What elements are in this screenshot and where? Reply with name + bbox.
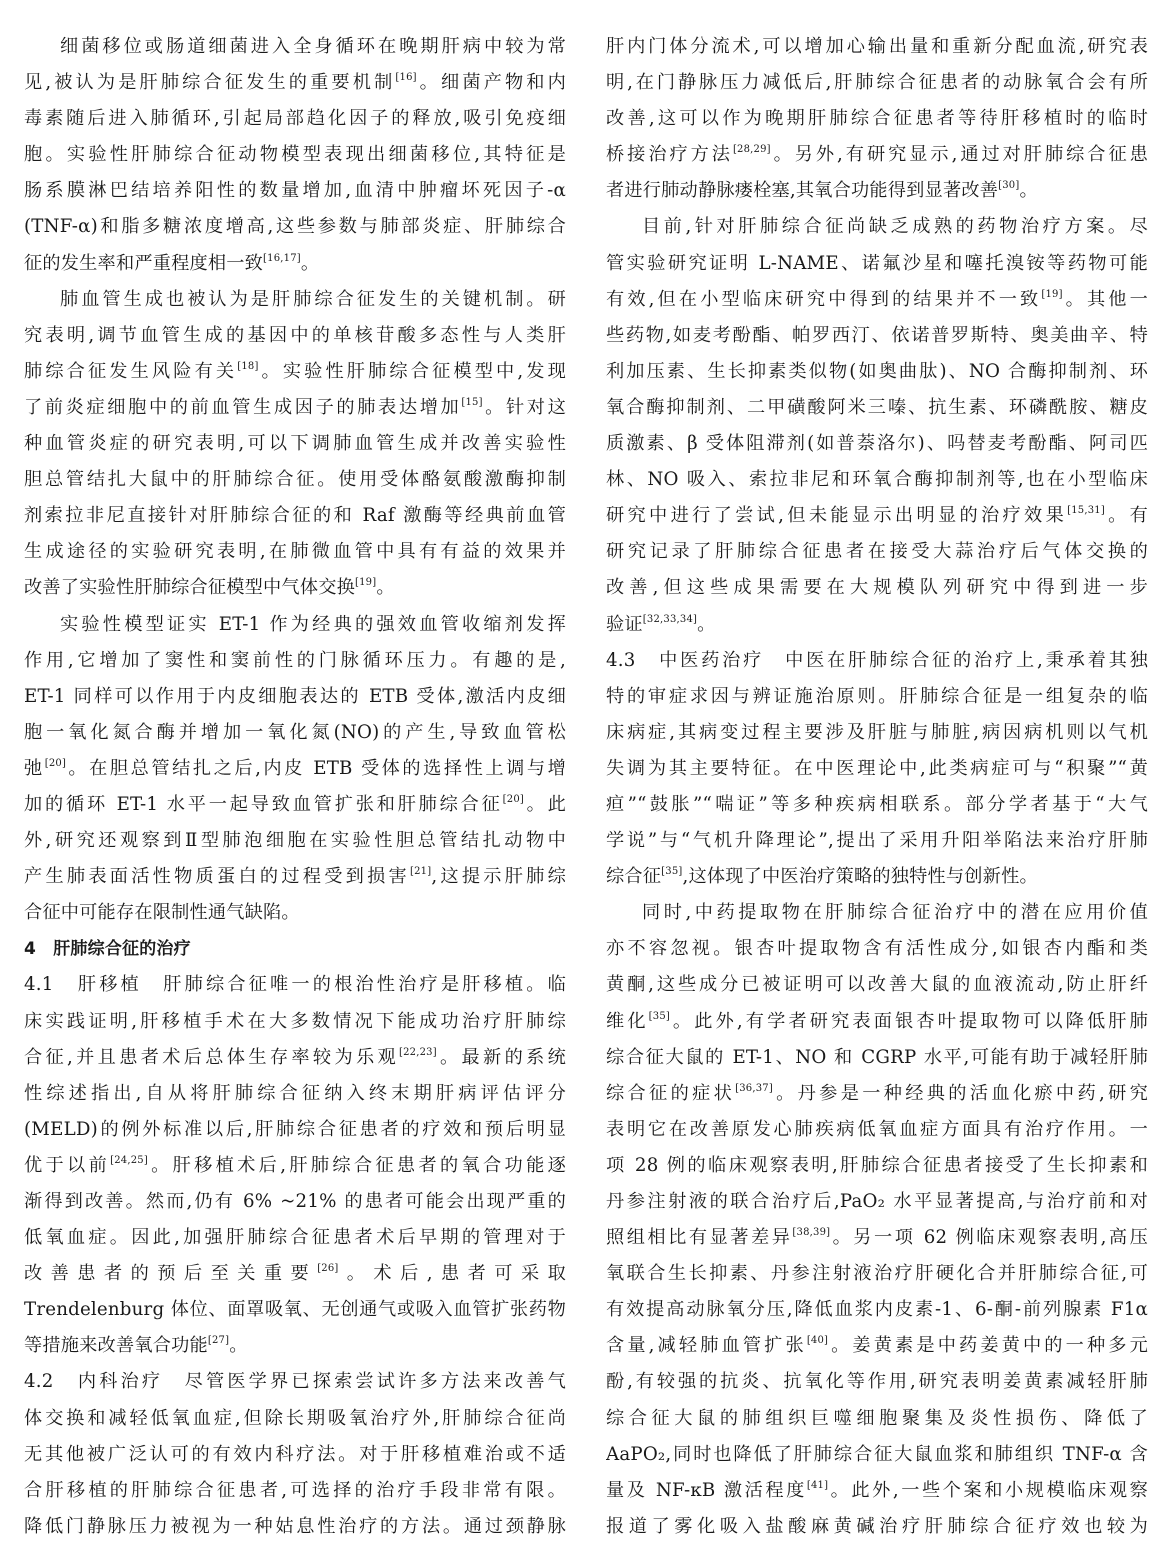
text-line: 剂索拉非尼直接针对肝肺综合征的和 Raf 激酶等经典前血管 xyxy=(24,498,566,534)
text-line: 床实践证明,肝移植手术在大多数情况下能成功治疗肝肺综 xyxy=(24,1004,566,1040)
text-line: 研究记录了肝肺综合征患者在接受大蒜治疗后气体交换的 xyxy=(606,534,1148,570)
text-line: 4.3 中医药治疗 中医在肝肺综合征的治疗上,秉承着其独 xyxy=(606,643,1148,679)
citation: [16,17] xyxy=(263,253,301,264)
text-line: 加的循环 ET-1 水平一起导致血管扩张和肝肺综合征[20]。此 xyxy=(24,787,566,823)
text-line: 明,在门静脉压力减低后,肝肺综合征患者的动脉氧合会有所 xyxy=(606,65,1148,101)
text-line: 优于以前[24,25]。肝移植术后,肝肺综合征患者的氧合功能逐 xyxy=(24,1148,566,1184)
text-line: 细菌移位或肠道细菌进入全身循环在晚期肝病中较为常 xyxy=(24,29,566,65)
text-line: 桥接治疗方法[28,29]。另外,有研究显示,通过对肝肺综合征患 xyxy=(606,137,1148,173)
text-line: 征的发生率和严重程度相一致[16,17]。 xyxy=(24,246,566,282)
text-line: (MELD)的例外标准以后,肝肺综合征患者的疗效和预后明显 xyxy=(24,1112,566,1148)
text-line: 体交换和减轻低氧血症,但除长期吸氧治疗外,肝肺综合征尚 xyxy=(24,1401,566,1437)
text-line: 氧联合生长抑素、丹参注射液治疗肝硬化合并肝肺综合征,可 xyxy=(606,1256,1148,1292)
text-line: 胆总管结扎大鼠中的肝肺综合征。使用受体酪氨酸激酶抑制 xyxy=(24,462,566,498)
text-line: 渐得到改善。然而,仍有 6% ~21% 的患者可能会出现严重的 xyxy=(24,1184,566,1220)
text-line: 床病症,其病变过程主要涉及肝脏与肺脏,病因病机则以气机 xyxy=(606,715,1148,751)
text-line: 有效提高动脉氧分压,降低血浆内皮素-1、6-酮-前列腺素 F1α xyxy=(606,1292,1148,1328)
text-line: 黄酮,这些成分已被证明可以改善大鼠的血液流动,防止肝纤 xyxy=(606,967,1148,1003)
citation: [36,37] xyxy=(735,1083,773,1094)
citation: [24,25] xyxy=(110,1155,148,1166)
citation: [30] xyxy=(998,180,1019,191)
text-line: 有效,但在小型临床研究中得到的结果并不一致[19]。其他一 xyxy=(606,282,1148,318)
citation: [18] xyxy=(237,361,258,372)
text-line: 实验性模型证实 ET-1 作为经典的强效血管收缩剂发挥 xyxy=(24,607,566,643)
text-line: 胞。实验性肝肺综合征动物模型表现出细菌移位,其特征是 xyxy=(24,137,566,173)
citation: [19] xyxy=(355,577,376,588)
citation: [35] xyxy=(649,1011,670,1022)
text-line: 报道了雾化吸入盐酸麻黄碱治疗肝肺综合征疗效也较为 xyxy=(606,1509,1148,1545)
text-line: 者进行肺动静脉瘘栓塞,其氧合功能得到显著改善[30]。 xyxy=(606,173,1148,209)
text-line: 生成途径的实验研究表明,在肺微血管中具有有益的效果并 xyxy=(24,534,566,570)
text-line: 合肝移植的肝肺综合征患者,可选择的治疗手段非常有限。 xyxy=(24,1473,566,1509)
text-line: 疸”“鼓胀”“喘证”等多种疾病相联系。部分学者基于“大气 xyxy=(606,787,1148,823)
citation: [15] xyxy=(461,397,482,408)
text-line: 综合征大鼠的 ET-1、NO 和 CGRP 水平,可能有助于减轻肝肺 xyxy=(606,1040,1148,1076)
text-line: 肠系膜淋巴结培养阳性的数量增加,血清中肿瘤坏死因子-α xyxy=(24,173,566,209)
text-line: 等措施来改善氧合功能[27]。 xyxy=(24,1328,566,1364)
citation: [20] xyxy=(45,758,66,769)
text-line: 特的审症求因与辨证施治原则。肝肺综合征是一组复杂的临 xyxy=(606,679,1148,715)
text-line: 目前,针对肝肺综合征尚缺乏成熟的药物治疗方案。尽 xyxy=(606,209,1148,245)
text-line: 产生肺表面活性物质蛋白的过程受到损害[21],这提示肝肺综 xyxy=(24,859,566,895)
text-line: 弛[20]。在胆总管结扎之后,内皮 ETB 受体的选择性上调与增 xyxy=(24,751,566,787)
citation: [28,29] xyxy=(733,144,771,155)
citation: [35] xyxy=(661,866,682,877)
text-line: Trendelenburg 体位、面罩吸氧、无创通气或吸入血管扩张药物 xyxy=(24,1292,566,1328)
text-line: 亦不容忽视。银杏叶提取物含有活性成分,如银杏内酯和类 xyxy=(606,931,1148,967)
citation: [38,39] xyxy=(792,1227,830,1238)
text-line: 林、NO 吸入、索拉非尼和环氧合酶抑制剂等,也在小型临床 xyxy=(606,462,1148,498)
text-line: 质激素、β 受体阻滞剂(如普萘洛尔)、吗替麦考酚酯、阿司匹 xyxy=(606,426,1148,462)
text-line: 酚,有较强的抗炎、抗氧化等作用,研究表明姜黄素减轻肝肺 xyxy=(606,1364,1148,1400)
text-line: 失调为其主要特征。在中医理论中,此类病症可与“积聚”“黄 xyxy=(606,751,1148,787)
text-line: 验证[32,33,34]。 xyxy=(606,607,1148,643)
section-heading: 4 肝肺综合征的治疗 xyxy=(24,931,566,967)
citation: [16] xyxy=(395,72,416,83)
text-line: 肺综合征发生风险有关[18]。实验性肝肺综合征模型中,发现 xyxy=(24,354,566,390)
text-line: 种血管炎症的研究表明,可以下调肺血管生成并改善实验性 xyxy=(24,426,566,462)
text-line: (TNF-α)和脂多糖浓度增高,这些参数与肺部炎症、肝肺综合 xyxy=(24,209,566,245)
text-line: 见,被认为是肝肺综合征发生的重要机制[16]。细菌产物和内 xyxy=(24,65,566,101)
text-line: ET-1 同样可以作用于内皮细胞表达的 ETB 受体,激活内皮细 xyxy=(24,679,566,715)
citation: [40] xyxy=(807,1335,828,1346)
text-line: 利加压素、生长抑素类似物(如奥曲肽)、NO 合酶抑制剂、环 xyxy=(606,354,1148,390)
text-line: 作用,它增加了窦性和窦前性的门脉循环压力。有趣的是, xyxy=(24,643,566,679)
text-line: 维化[35]。此外,有学者研究表面银杏叶提取物可以降低肝肺 xyxy=(606,1004,1148,1040)
text-line: 降低门静脉压力被视为一种姑息性治疗的方法。通过颈静脉 xyxy=(24,1509,566,1545)
text-line: 低氧血症。因此,加强肝肺综合征患者术后早期的管理对于 xyxy=(24,1220,566,1256)
text-line: 改善,这可以作为晚期肝肺综合征患者等待肝移植时的临时 xyxy=(606,101,1148,137)
text-line: 同时,中药提取物在肝肺综合征治疗中的潜在应用价值 xyxy=(606,895,1148,931)
citation: [41] xyxy=(807,1480,828,1491)
citation: [15,31] xyxy=(1067,505,1105,516)
text-line: 胞一氧化氮合酶并增加一氧化氮(NO)的产生,导致血管松 xyxy=(24,715,566,751)
citation: [27] xyxy=(208,1335,229,1346)
citation: [22,23] xyxy=(399,1047,437,1058)
text-line: 项 28 例的临床观察表明,肝肺综合征患者接受了生长抑素和 xyxy=(606,1148,1148,1184)
text-line: 学说”与“气机升降理论”,提出了采用升阳举陷法来治疗肝肺 xyxy=(606,823,1148,859)
text-line: 4.2 内科治疗 尽管医学界已探索尝试许多方法来改善气 xyxy=(24,1364,566,1400)
citation: [26] xyxy=(317,1263,338,1274)
text-line: AaPO₂,同时也降低了肝肺综合征大鼠血浆和肺组织 TNF-α 含 xyxy=(606,1437,1148,1473)
text-line: 4.1 肝移植 肝肺综合征唯一的根治性治疗是肝移植。临 xyxy=(24,967,566,1003)
citation: [32,33,34] xyxy=(643,614,697,625)
left-column: 细菌移位或肠道细菌进入全身循环在晚期肝病中较为常见,被认为是肝肺综合征发生的重要… xyxy=(24,29,566,1545)
text-line: 综合征的症状[36,37]。丹参是一种经典的活血化瘀中药,研究 xyxy=(606,1076,1148,1112)
text-line: 改善,但这些成果需要在大规模队列研究中得到进一步 xyxy=(606,570,1148,606)
text-line: 毒素随后进入肺循环,引起局部趋化因子的释放,吸引免疫细 xyxy=(24,101,566,137)
text-line: 改善患者的预后至关重要[26]。术后,患者可采取 xyxy=(24,1256,566,1292)
text-line: 含量,减轻肺血管扩张[40]。姜黄素是中药姜黄中的一种多元 xyxy=(606,1328,1148,1364)
text-line: 合征中可能存在限制性通气缺陷。 xyxy=(24,895,566,931)
text-line: 究表明,调节血管生成的基因中的单核苷酸多态性与人类肝 xyxy=(24,318,566,354)
text-line: 肝内门体分流术,可以增加心输出量和重新分配血流,研究表 xyxy=(606,29,1148,65)
text-line: 量及 NF-κB 激活程度[41]。此外,一些个案和小规模临床观察 xyxy=(606,1473,1148,1509)
text-line: 些药物,如麦考酚酯、帕罗西汀、依诺普罗斯特、奥美曲辛、特 xyxy=(606,318,1148,354)
text-line: 综合征大鼠的肺组织巨噬细胞聚集及炎性损伤、降低了 xyxy=(606,1401,1148,1437)
text-line: 丹参注射液的联合治疗后,PaO₂ 水平显著提高,与治疗前和对 xyxy=(606,1184,1148,1220)
text-line: 肺血管生成也被认为是肝肺综合征发生的关键机制。研 xyxy=(24,282,566,318)
text-line: 研究中进行了尝试,但未能显示出明显的治疗效果[15,31]。有 xyxy=(606,498,1148,534)
right-column: 肝内门体分流术,可以增加心输出量和重新分配血流,研究表明,在门静脉压力减低后,肝… xyxy=(606,29,1148,1545)
text-line: 外,研究还观察到Ⅱ型肺泡细胞在实验性胆总管结扎动物中 xyxy=(24,823,566,859)
citation: [20] xyxy=(503,794,524,805)
citation: [21] xyxy=(410,866,431,877)
text-line: 改善了实验性肝肺综合征模型中气体交换[19]。 xyxy=(24,570,566,606)
text-line: 无其他被广泛认可的有效内科疗法。对于肝移植难治或不适 xyxy=(24,1437,566,1473)
text-line: 氧合酶抑制剂、二甲磺酸阿米三嗪、抗生素、环磷酰胺、糖皮 xyxy=(606,390,1148,426)
text-line: 合征,并且患者术后总体生存率较为乐观[22,23]。最新的系统 xyxy=(24,1040,566,1076)
text-line: 表明它在改善原发心肺疾病低氧血症方面具有治疗作用。一 xyxy=(606,1112,1148,1148)
text-line: 性综述指出,自从将肝肺综合征纳入终末期肝病评估评分 xyxy=(24,1076,566,1112)
text-line: 综合征[35],这体现了中医治疗策略的独特性与创新性。 xyxy=(606,859,1148,895)
text-line: 管实验研究证明 L-NAME、诺氟沙星和噻托溴铵等药物可能 xyxy=(606,246,1148,282)
text-line: 照组相比有显著差异[38,39]。另一项 62 例临床观察表明,高压 xyxy=(606,1220,1148,1256)
text-line: 了前炎症细胞中的前血管生成因子的肺表达增加[15]。针对这 xyxy=(24,390,566,426)
citation: [19] xyxy=(1041,289,1062,300)
